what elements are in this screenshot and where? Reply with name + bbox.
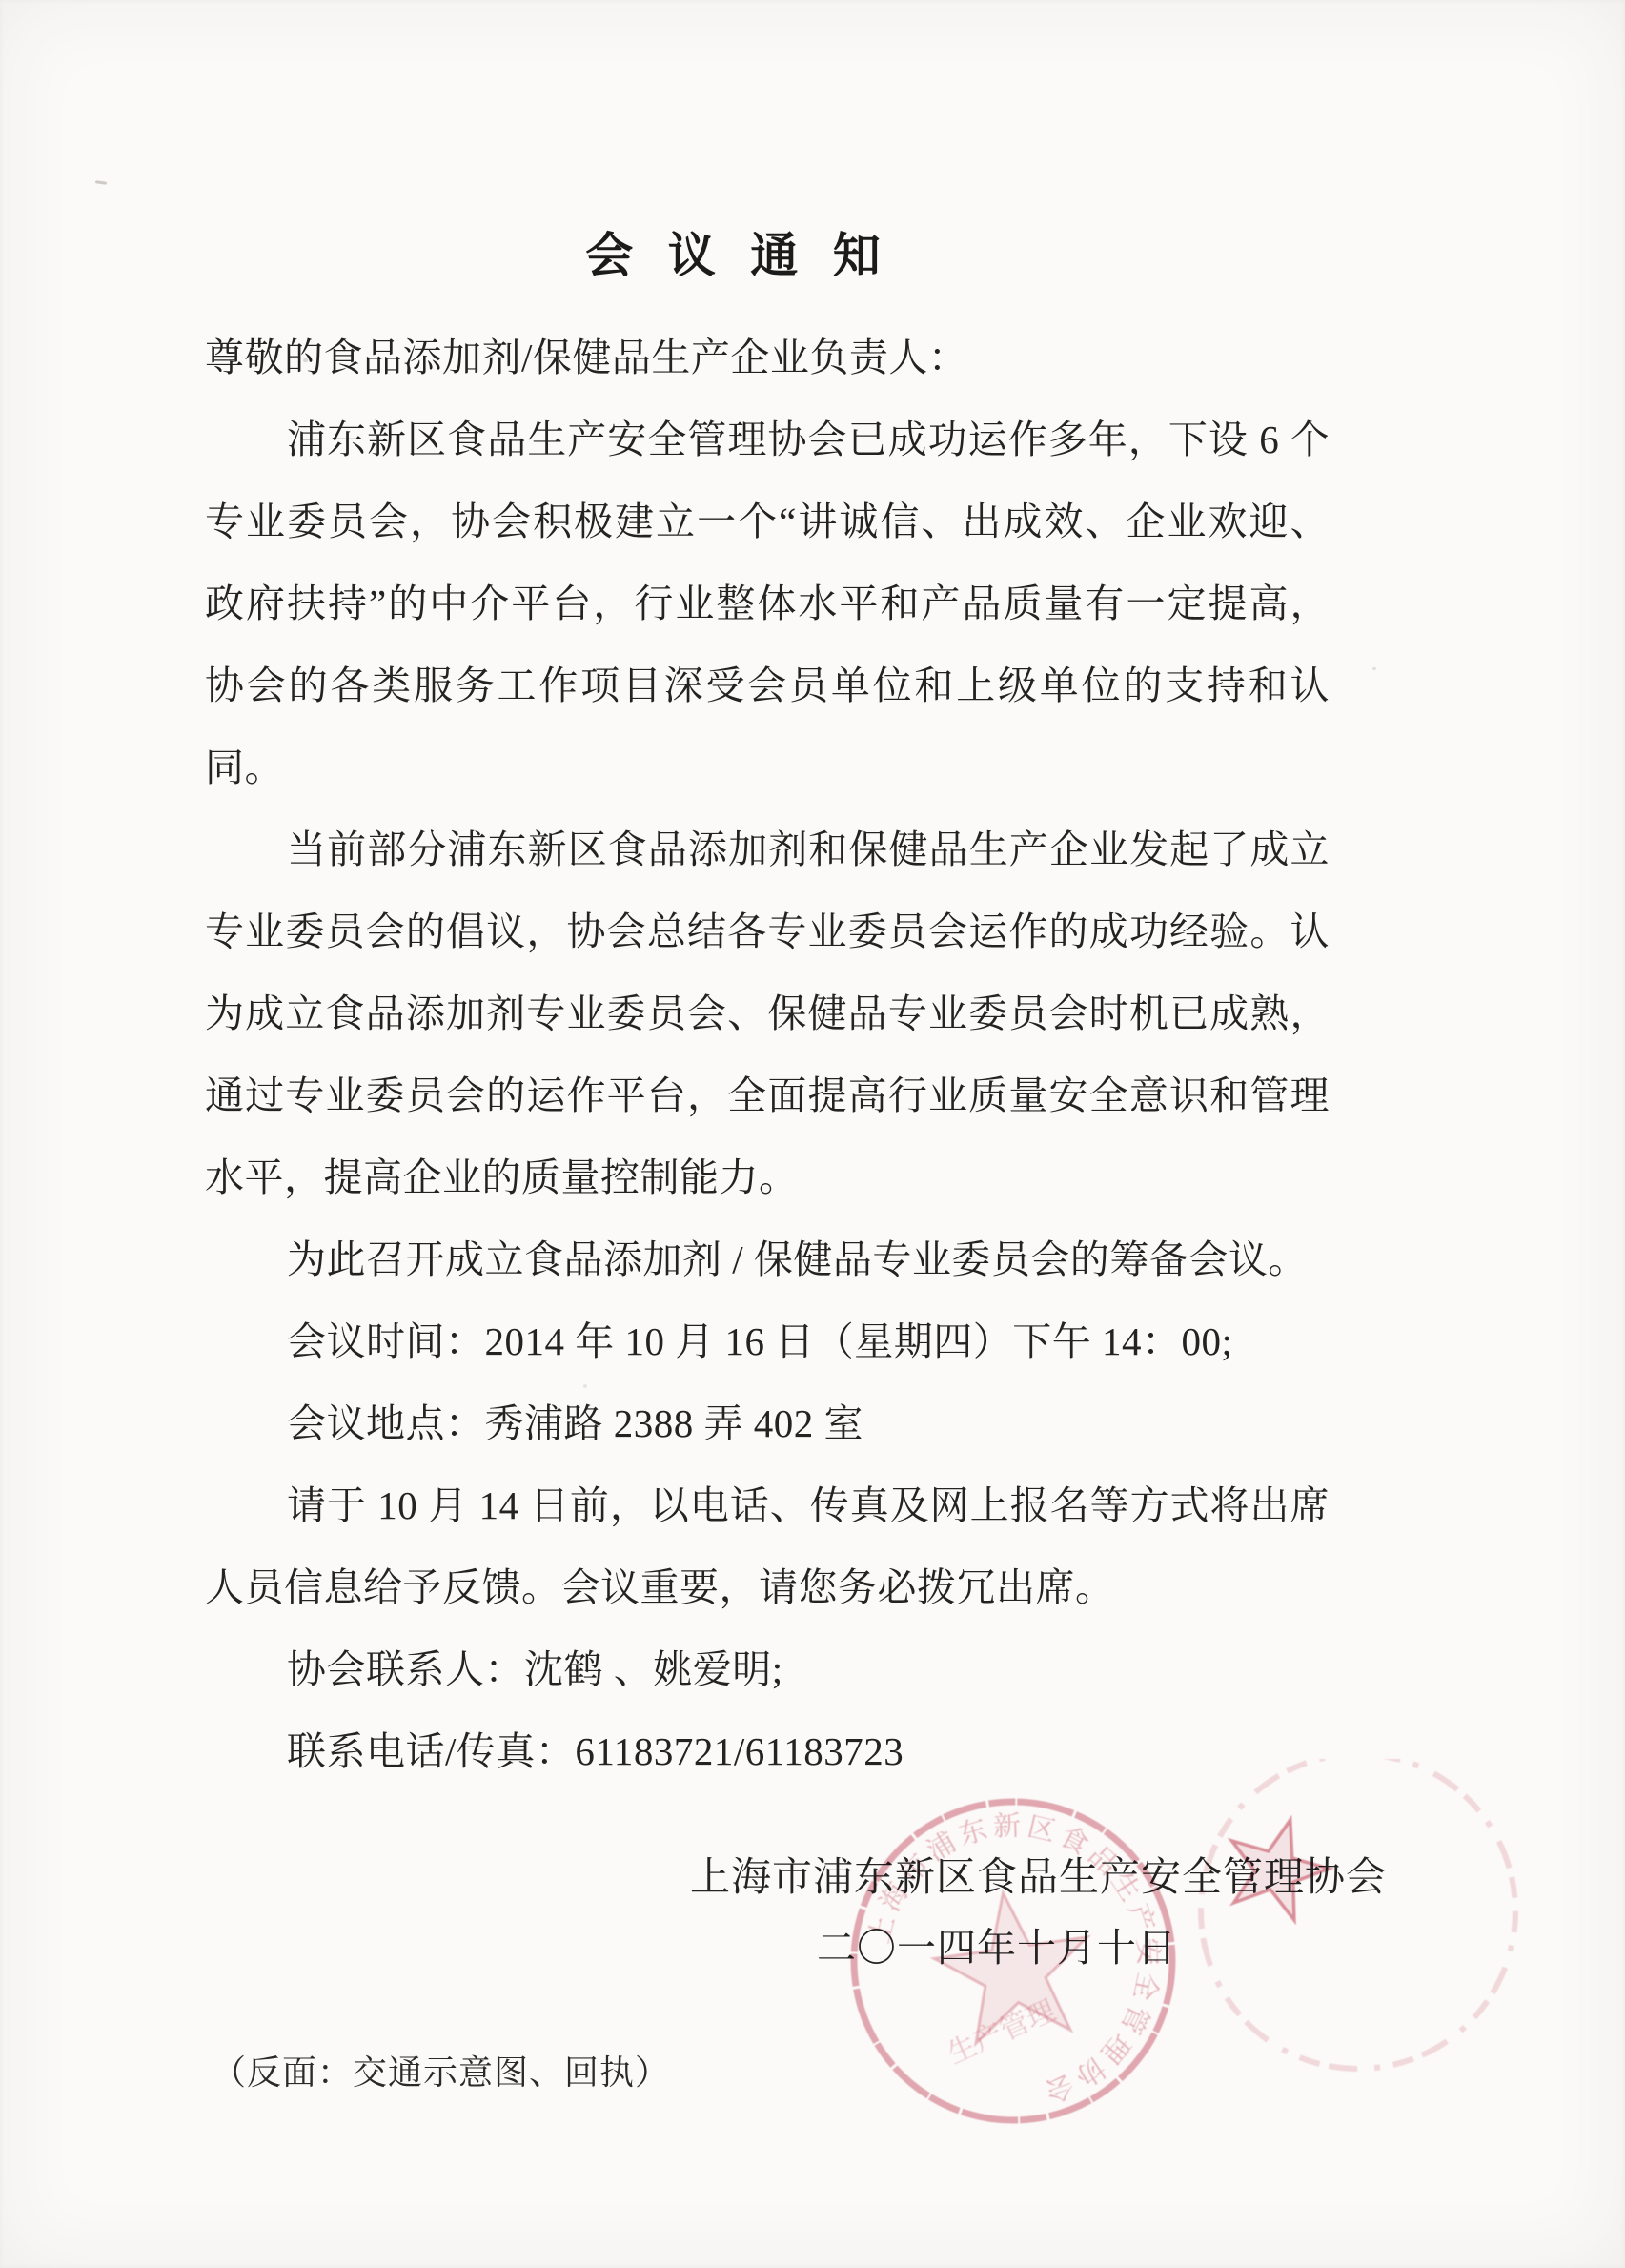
document-line: 联系电话/传真：61183721/61183723: [205, 1710, 1330, 1792]
document-line: 人员信息给予反馈。会议重要，请您务必拨冗出席。: [205, 1546, 1330, 1628]
page-title: 会 议 通 知: [205, 217, 1330, 286]
document-line: 当前部分浦东新区食品添加剂和保健品生产企业发起了成立: [205, 808, 1330, 890]
document-line: 专业委员会，协会积极建立一个“讲诚信、出成效、企业欢迎、: [205, 480, 1330, 562]
document-line: 协会联系人：沈鹤 、姚爱明;: [205, 1628, 1330, 1710]
document-line: 为此召开成立食品添加剂 / 保健品专业委员会的筹备会议。: [205, 1218, 1330, 1300]
document-line: 浦东新区食品生产安全管理协会已成功运作多年，下设 6 个: [205, 398, 1330, 480]
footer-note: （反面：交通示意图、回执）: [212, 2046, 670, 2094]
document-line: 尊敬的食品添加剂/保健品生产企业负责人：: [205, 317, 1330, 398]
signature-organization: 上海市浦东新区食品生产安全管理协会: [690, 1846, 1387, 1903]
document-line: 请于 10 月 14 日前，以电话、传真及网上报名等方式将出席: [205, 1464, 1330, 1546]
document-line: 会议地点：秀浦路 2388 弄 402 室: [205, 1382, 1330, 1464]
document-line: 通过专业委员会的运作平台，全面提高行业质量安全意识和管理: [205, 1054, 1330, 1136]
scan-speck: [583, 1384, 587, 1388]
document-line: 同。: [205, 726, 1330, 808]
seal-inner-text: 生产管理: [943, 1994, 1060, 2070]
document-line: 专业委员会的倡议，协会总结各专业委员会运作的成功经验。认: [205, 890, 1330, 972]
document-line: 政府扶持”的中介平台，行业整体水平和产品质量有一定提高，: [205, 562, 1330, 644]
document-line: 会议时间：2014 年 10 月 16 日（星期四）下午 14：00;: [205, 1300, 1330, 1382]
scan-speck: [303, 358, 308, 362]
document-line: 协会的各类服务工作项目深受会员单位和上级单位的支持和认: [205, 644, 1330, 726]
seal-offset-circle: [1201, 1759, 1515, 2069]
document-body: 尊敬的食品添加剂/保健品生产企业负责人：浦东新区食品生产安全管理协会已成功运作多…: [205, 317, 1330, 1792]
signature-date: 二〇一四年十月十日: [817, 1916, 1177, 1972]
scan-speck: [95, 180, 107, 185]
official-seal: 上海市浦东新区食品生产安全管理协会 生产管理: [810, 1759, 1625, 2207]
scan-speck: [1372, 667, 1376, 670]
scanned-notice-page: 会 议 通 知 尊敬的食品添加剂/保健品生产企业负责人：浦东新区食品生产安全管理…: [0, 0, 1625, 2268]
document-line: 为成立食品添加剂专业委员会、保健品专业委员会时机已成熟，: [205, 972, 1330, 1054]
document-line: 水平，提高企业的质量控制能力。: [205, 1136, 1330, 1218]
